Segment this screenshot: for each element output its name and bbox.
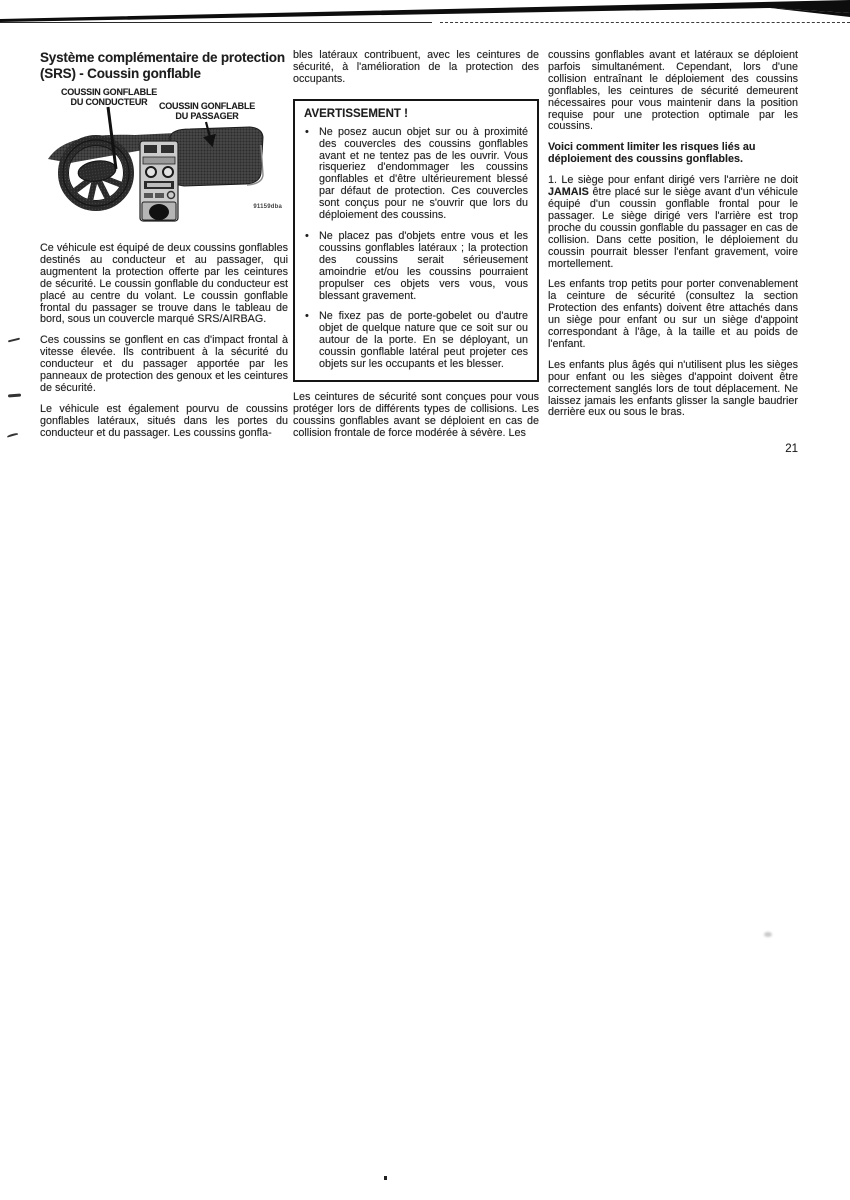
center-console <box>140 141 178 221</box>
scan-smudge <box>764 932 772 937</box>
scan-mark-2 <box>8 394 21 397</box>
passenger-airbag-panel <box>170 127 263 186</box>
column-1: Système complémentaire de protection (SR… <box>40 50 288 449</box>
scan-mark-3 <box>7 433 18 438</box>
paragraph: Le véhicule est également pourvu de cous… <box>40 404 288 440</box>
paragraph: Ces coussins se gonflent en cas d'impact… <box>40 335 288 395</box>
paragraph: Ce véhicule est équipé de deux coussins … <box>40 243 288 326</box>
passenger-airbag-label: COUSSIN GONFLABLE DU PASSAGER <box>152 101 262 121</box>
column-2: bles latéraux contribuent, avec les cein… <box>293 50 539 449</box>
bullet-icon: • <box>305 311 309 323</box>
emphasis-jamais: JAMAIS <box>548 186 589 198</box>
bullet-icon: • <box>305 231 309 243</box>
numbered-item: 1. Le siège pour enfant dirigé vers l'ar… <box>548 175 798 270</box>
driver-airbag-label: COUSSIN GONFLABLE DU CONDUCTEUR <box>54 87 164 107</box>
figure-code: 91159dba <box>253 204 282 210</box>
column-3: coussins gonflables avant et latéraux se… <box>548 50 798 428</box>
scan-artifact-wedge <box>0 0 850 30</box>
scan-mark-1 <box>8 338 20 343</box>
paragraph: bles latéraux contribuent, avec les cein… <box>293 50 539 86</box>
manual-page: Système complémentaire de protection (SR… <box>0 0 850 1200</box>
warning-bullet: • Ne fixez pas de porte-gobelet ou d'aut… <box>304 311 528 371</box>
page-number: 21 <box>748 443 798 455</box>
warning-title: AVERTISSEMENT ! <box>304 108 528 120</box>
warning-box: AVERTISSEMENT ! • Ne posez aucun objet s… <box>293 99 539 382</box>
scan-rule-solid <box>0 22 432 23</box>
paragraph: Les enfants trop petits pour porter conv… <box>548 279 798 350</box>
scan-speck <box>384 1176 387 1180</box>
scan-rule-dashed <box>440 22 850 23</box>
dashboard-figure: COUSSIN GONFLABLE DU CONDUCTEUR COUSSIN … <box>40 85 288 237</box>
bullet-icon: • <box>305 127 309 139</box>
section-title: Système complémentaire de protection (SR… <box>40 50 288 81</box>
paragraph: Les enfants plus âgés qui n'utilisent pl… <box>548 360 798 420</box>
paragraph: Les ceintures de sécurité sont conçues p… <box>293 392 539 440</box>
sub-heading: Voici comment limiter les risques liés a… <box>548 142 798 166</box>
warning-bullet: • Ne posez aucun objet sur ou à proximit… <box>304 127 528 222</box>
warning-bullet: • Ne placez pas d'objets entre vous et l… <box>304 231 528 302</box>
paragraph: coussins gonflables avant et latéraux se… <box>548 50 798 133</box>
